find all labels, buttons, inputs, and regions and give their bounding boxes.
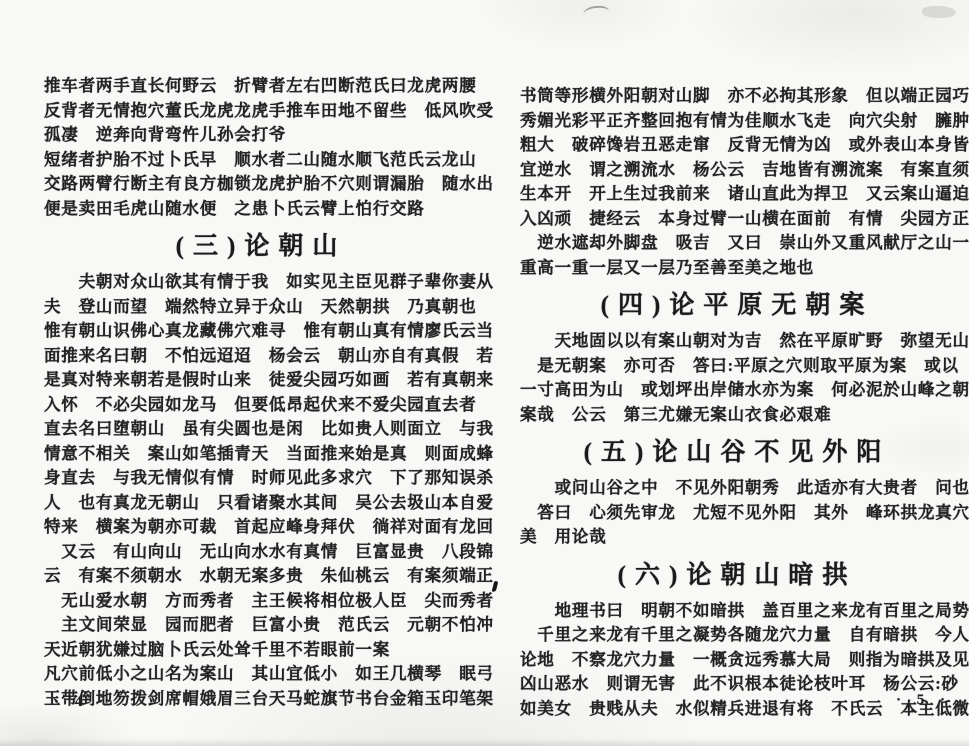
- text-line: 面推来名曰朝 不怕远迢迢 杨会云 朝山亦自有真假 若: [44, 344, 478, 369]
- scanned-book-spread: { "page": { "paper_color": "#f8f8f6", "i…: [0, 0, 969, 746]
- right-page-column: 书筒等形横外阳朝对山脚 亦不必拘其形象 但以端正园巧秀媚光彩平正齐整回抱有情为佳…: [520, 84, 954, 721]
- text-line: 粗大 破碎馋岩丑恶走窜 反背无情为凶 或外表山本身皆: [520, 133, 954, 158]
- text-line: 特来 横案为朝亦可裁 首起应峰身拜伏 徜祥对面有龙回: [44, 515, 478, 540]
- text-line: 是无朝案 亦可否 答曰:平原之穴则取平原为案 或以: [520, 354, 954, 379]
- text-line: 重高一重一层又一层乃至善至美之地也: [520, 256, 954, 281]
- text-line: 生本开 开上生过我前来 诸山直此为捍卫 又云案山逼迫: [520, 182, 954, 207]
- text-line: 美 用论哉: [520, 525, 954, 550]
- text-line: 凡穴前低小之山名为案山 其山宜低小 如王几横琴 眠弓: [44, 662, 478, 687]
- text-line: 或问山谷之中 不见外阳朝秀 此适亦有大贵者 问也: [520, 476, 954, 501]
- text-line: 便是卖田毛虎山随水便 之患卜氏云臂上怕行交路: [44, 197, 478, 222]
- text-line: 千里之来龙有千里之凝势各随龙穴力量 自有暗拱 今人: [520, 623, 954, 648]
- text-line: 玉带倒地笏拨剑席帽娥眉三台天马蛇旗节书台金箱玉印笔架: [44, 687, 478, 712]
- scan-shadow: [0, 738, 969, 746]
- text-line: 论地 不察龙穴力量 一概贪远秀慕大局 则指为暗拱及见: [520, 648, 954, 673]
- text-line: 书筒等形横外阳朝对山脚 亦不必拘其形象 但以端正园巧: [520, 84, 954, 109]
- section-heading: (三)论朝山: [44, 230, 478, 264]
- text-line: 入凶顽 捷经云 本身过臂一山横在面前 有情 尖园方正: [520, 207, 954, 232]
- text-line: 推车者两手直长何野云 折臂者左右凹断范氏曰龙虎两腰: [44, 74, 478, 99]
- text-line: 无山爱水朝 方而秀者 主王候将相位极人臣 尖而秀者: [44, 589, 478, 614]
- section-heading: (五)论山谷不见外阳: [520, 436, 954, 470]
- text-line: 惟有朝山识佛心真龙藏佛穴难寻 惟有朝山真有情廖氏云当: [44, 319, 478, 344]
- ink-squiggle: [583, 5, 609, 15]
- text-line: 入怀 不必尖园如龙马 但要低昂起伏来不爱尖园直去者: [44, 393, 478, 418]
- scan-blotch: [922, 6, 956, 18]
- text-line: 地理书曰 明朝不如暗拱 盖百里之来龙有百里之局势: [520, 599, 954, 624]
- text-line: 天地固以以有案山朝对为吉 然在平原旷野 弥望无山: [520, 329, 954, 354]
- left-page-column: 推车者两手直长何野云 折臂者左右凹断范氏曰龙虎两腰反背者无情抱穴董氏龙虎龙虎手推…: [44, 74, 478, 711]
- text-line: 主文间荣显 园而肥者 巨富小贵 范氏云 元朝不怕冲: [44, 613, 478, 638]
- text-line: 夫朝对众山欲其有情于我 如实见主臣见群子辈你妻从: [44, 270, 478, 295]
- section-heading: (四)论平原无朝案: [520, 289, 954, 323]
- text-line: 又云 有山向山 无山向水水有真情 巨富显贵 八段锦: [44, 540, 478, 565]
- text-line: 是真对特来朝若是假时山来 徒爱尖园巧如画 若有真朝来: [44, 368, 478, 393]
- text-line: 直去名曰堕朝山 虽有尖圆也是闲 比如贵人则面立 与我: [44, 417, 478, 442]
- page-number-left: · 4 ·: [54, 694, 109, 711]
- text-line: 情意不相关 案山如笔插青天 当面推来始是真 则面成蜂: [44, 442, 478, 467]
- page-number-right: · 5 ·: [896, 692, 951, 709]
- text-line: 孤凄 逆奔向背弯忤儿孙会打爷: [44, 123, 478, 148]
- text-line: 天近朝犹嫌过脑卜氏云处耸千里不若眼前一案: [44, 638, 478, 663]
- text-line: 凶山恶水 则谓无害 此不识根本徒论枝叶耳 杨公云:砂: [520, 672, 954, 697]
- text-line: 交路两臂行断主有良方枷锁龙虎护胎不穴则谓漏胎 随水出: [44, 172, 478, 197]
- text-line: 宜逆水 谓之溯流水 杨公云 吉地皆有溯流案 有案直须: [520, 158, 954, 183]
- text-line: 如美女 贵贱从夫 水似精兵进退有将 不氏云 本主低微: [520, 697, 954, 722]
- text-line: 云 有案不须朝水 水朝无案多贵 朱仙桃云 有案须端正: [44, 564, 478, 589]
- text-line: 一寸高田为山 或划坪出岸储水亦为案 何必泥於山峰之朝: [520, 378, 954, 403]
- text-line: 秀媚光彩平正齐整回抱有情为佳顺水飞走 向穴尖射 臃肿: [520, 109, 954, 134]
- text-line: 反背者无情抱穴董氏龙虎龙虎手推车田地不留些 低风吹受: [44, 99, 478, 124]
- text-line: 身直去 与我无情似有情 时师见此多求穴 下了那知误杀: [44, 466, 478, 491]
- text-line: 逆水遮却外脚盘 吸吉 又曰 崇山外又重风献厅之山一: [520, 231, 954, 256]
- text-line: 答曰 心须先审龙 尤短不见外阳 其外 峰环拱龙真穴: [520, 501, 954, 526]
- text-line: 案哉 公云 第三尤嫌无案山衣食必艰难: [520, 403, 954, 428]
- text-line: 夫 登山而望 端然特立异于众山 天然朝拱 乃真朝也: [44, 295, 478, 320]
- text-line: 人 也有真龙无朝山 只看诸聚水其间 吴公去圾山本自爱: [44, 491, 478, 516]
- text-line: 短绪者护胎不过卜氏早 顺水者二山随水顺飞范氏云龙山: [44, 148, 478, 173]
- section-heading: (六)论朝山暗拱: [520, 559, 954, 593]
